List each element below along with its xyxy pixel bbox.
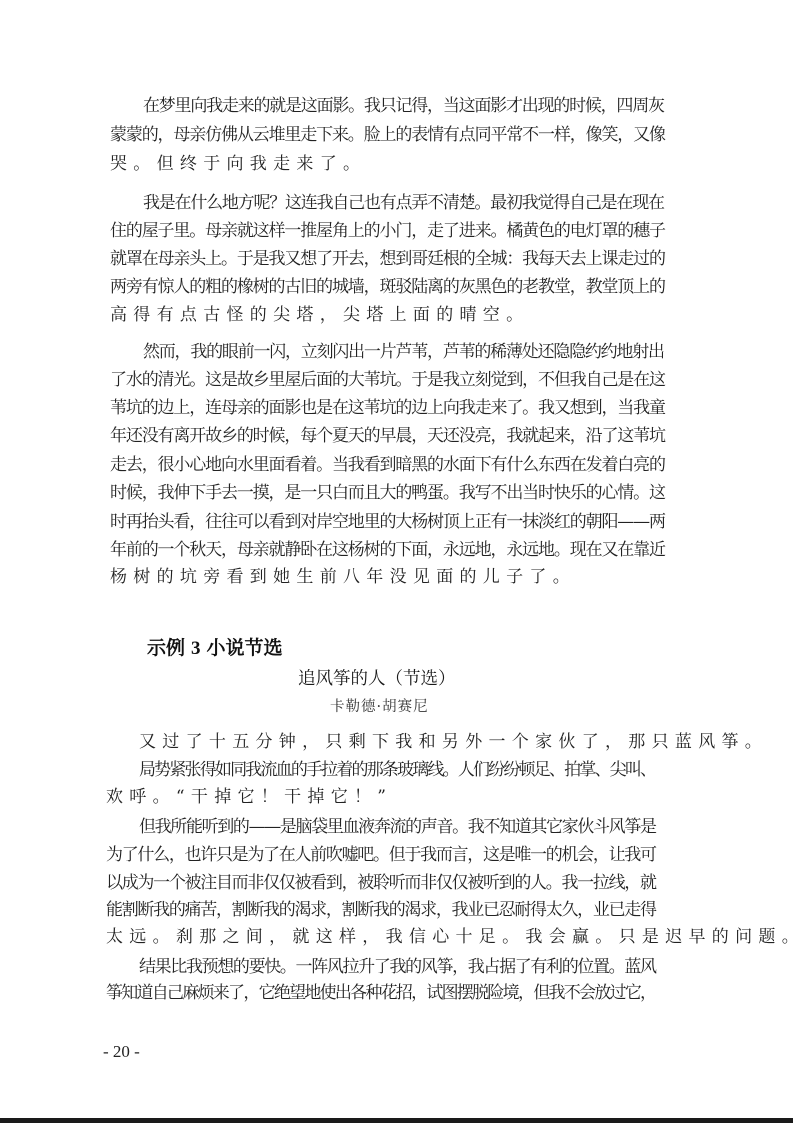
e3-paragraph-3-line-1: 但我所能听到的——是脑袋里血液奔流的声音。我不知道其它家伙斗风筝是	[139, 817, 656, 837]
paragraph-3-line-8: 年前的一个秋天，母亲就静卧在这杨树的下面，永远地，永远地。现在又在靠近	[110, 540, 665, 560]
e3-paragraph-4-line-1: 结果比我预想的要快。一阵风拉升了我的风筝，我占据了有利的位置。蓝风	[139, 957, 656, 977]
e3-paragraph-4-line-2: 筝知道自己麻烦来了，它绝望地使出各种花招，试图摆脱险境，但我不会放过它，	[106, 983, 655, 1003]
section-heading-number: 3	[191, 638, 201, 659]
paragraph-3-line-6: 时候，我伸下手去一摸，是一只白而且大的鸭蛋。我写不出当时快乐的心情。这	[110, 483, 665, 503]
work-author: 卡勒德·胡赛尼	[330, 698, 429, 716]
section-heading: 示例3小说节选	[147, 636, 283, 661]
paragraph-3-line-3: 苇坑的边上，连母亲的面影也是在这苇坑的边上向我走来了。我又想到，当我童	[110, 398, 665, 418]
paragraph-1-line-2: 蒙蒙的，母亲仿佛从云堆里走下来。脸上的表情有点同平常不一样，像笑，又像	[110, 125, 665, 145]
section-heading-suffix: 小说节选	[207, 637, 283, 659]
e3-paragraph-3-line-2: 为了什么，也许只是为了在人前吹嘘吧。但于我而言，这是唯一的机会，让我可	[106, 845, 656, 865]
paragraph-3-line-9: 杨树的坑旁看到她生前八年没见面的儿子了。	[110, 567, 576, 587]
paragraph-2-line-2: 住的屋子里。母亲就这样一推屋角上的小门，走了进来。橘黄色的电灯罩的穗子	[110, 221, 665, 241]
e3-paragraph-1-line-1: 又过了十五分钟，只剩下我和另外一个家伙了，那只蓝风筝。	[139, 732, 768, 752]
paragraph-2-line-4: 两旁有惊人的粗的橡树的古旧的城墙，斑驳陆离的灰黑色的老教堂，教堂顶上的	[110, 277, 665, 297]
paragraph-3-line-5: 走去，很小心地向水里面看着。当我看到暗黑的水面下有什么东西在发着白亮的	[110, 455, 665, 475]
e3-paragraph-3-line-3: 以成为一个被注目而非仅仅被看到，被聆听而非仅仅被听到的人。我一拉线，就	[106, 873, 656, 893]
paragraph-2-line-3: 就罩在母亲头上。于是我又想了开去，想到哥廷根的全城：我每天去上课走过的	[110, 249, 665, 269]
section-heading-prefix: 示例	[147, 637, 185, 659]
bottom-edge-bar	[0, 1118, 793, 1123]
e3-paragraph-3-line-4: 能割断我的痛苦，割断我的渴求，割断我的渴求，我业已忍耐得太久，业已走得	[106, 900, 656, 920]
paragraph-3-line-4: 年还没有离开故乡的时候，每个夏天的早晨，天还没亮，我就起来，沿了这苇坑	[110, 426, 665, 446]
e3-paragraph-2-line-1: 局势紧张得如同我流血的手拉着的那条玻璃线。人们纷纷顿足、拍掌、尖叫、	[139, 760, 655, 780]
paragraph-1-line-1: 在梦里向我走来的就是这面影。我只记得，当这面影才出现的时候，四周灰	[143, 96, 664, 116]
page-number: - 20 -	[103, 1042, 140, 1062]
e3-paragraph-2-line-2: 欢呼。“干掉它！干掉它！”	[106, 787, 392, 807]
paragraph-1-line-3: 哭。但终于向我走来了。	[110, 154, 366, 174]
paragraph-3-line-7: 时再抬头看，往往可以看到对岸空地里的大杨树顶上正有一抹淡红的朝阳——两	[110, 512, 665, 532]
paragraph-2-line-5: 高得有点古怪的尖塔，尖塔上面的晴空。	[110, 305, 529, 325]
e3-paragraph-3-line-5: 太远。刹那之间，就这样，我信心十足。我会赢。只是迟早的问题。	[106, 927, 793, 947]
work-title: 追风筝的人（节选）	[298, 668, 456, 690]
document-page: 在梦里向我走来的就是这面影。我只记得，当这面影才出现的时候，四周灰 蒙蒙的，母亲…	[0, 0, 793, 1123]
paragraph-2-line-1: 我是在什么地方呢？这连我自己也有点弄不清楚。最初我觉得自己是在现在	[143, 193, 664, 213]
paragraph-3-line-2: 了水的清光。这是故乡里屋后面的大苇坑。于是我立刻觉到，不但我自己是在这	[110, 370, 665, 390]
paragraph-3-line-1: 然而，我的眼前一闪，立刻闪出一片芦苇，芦苇的稀薄处还隐隐约约地射出	[143, 342, 664, 362]
